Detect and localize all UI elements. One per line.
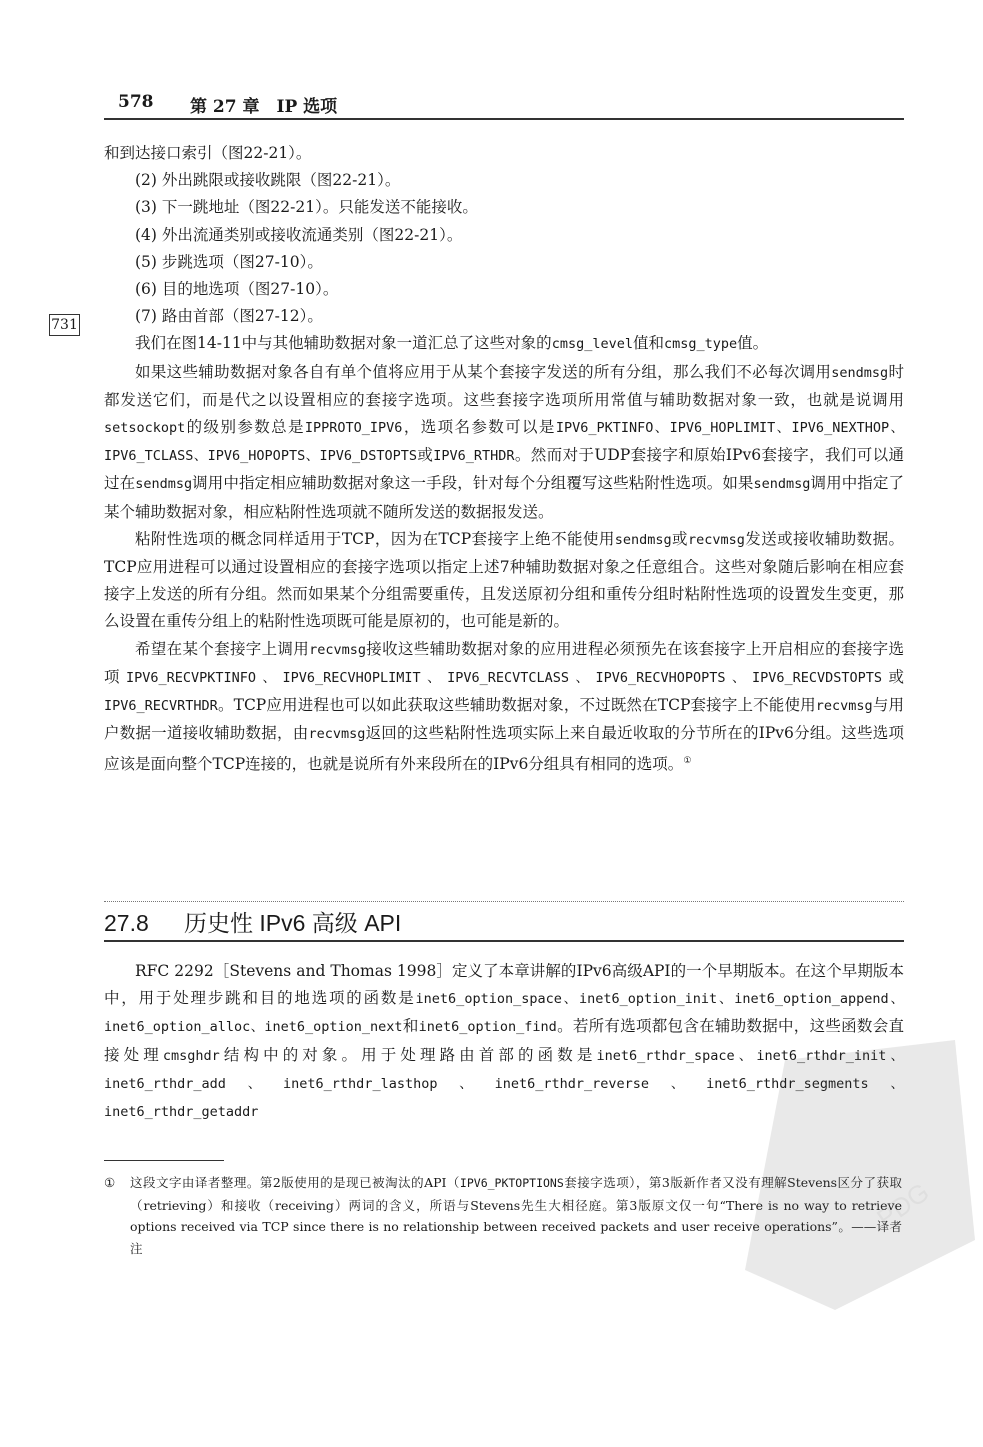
paragraph-3: 粘附性选项的概念同样适用于TCP，因为在TCP套接字上绝不能使用sendmsg或… [104,526,904,636]
paragraph-2: 如果这些辅助数据对象各自有单个值将应用于从某个套接字发送的所有分组，那么我们不必… [104,359,904,526]
page-number: 578 [118,92,154,112]
body-text: 和到达接口索引（图22-21）。 (2) 外出跳限或接收跳限（图22-21）。 … [104,140,904,779]
footnote-divider [104,1160,224,1161]
list-item: (4) 外出流通类别或接收流通类别（图22-21）。 [104,222,904,249]
paragraph-4: 希望在某个套接字上调用recvmsg接收这些辅助数据对象的应用进程必须预先在该套… [104,636,904,779]
margin-page-reference: 731 [49,314,80,336]
footnote-mark: ① [104,1172,115,1194]
continuation-line: 和到达接口索引（图22-21）。 [104,140,904,167]
chapter-title: 第 27 章 IP 选项 [190,92,337,117]
list-item: (6) 目的地选项（图27-10）。 [104,276,904,303]
footnote: ① 这段文字由译者整理。第2版使用的是现已被淘汰的API（IPV6_PKTOPT… [130,1172,902,1259]
page-header: 578 第 27 章 IP 选项 [104,88,904,120]
section-number: 27.8 [104,906,184,940]
list-item: (2) 外出跳限或接收跳限（图22-21）。 [104,167,904,194]
list-item: (3) 下一跳地址（图22-21）。只能发送不能接收。 [104,194,904,221]
section-body: RFC 2292［Stevens and Thomas 1998］定义了本章讲解… [104,958,904,1126]
section-divider [104,901,904,904]
list-item: (5) 步跳选项（图27-10）。 [104,249,904,276]
section-paragraph: RFC 2292［Stevens and Thomas 1998］定义了本章讲解… [104,958,904,1126]
paragraph-1: 我们在图14-11中与其他辅助数据对象一道汇总了这些对象的cmsg_level值… [104,330,904,358]
list-item: (7) 路由首部（图27-12）。 [104,303,904,330]
footnote-reference: ① [683,756,691,766]
section-title: 历史性 IPv6 高级 API [184,910,401,936]
section-heading: 27.8历史性 IPv6 高级 API [104,906,904,942]
